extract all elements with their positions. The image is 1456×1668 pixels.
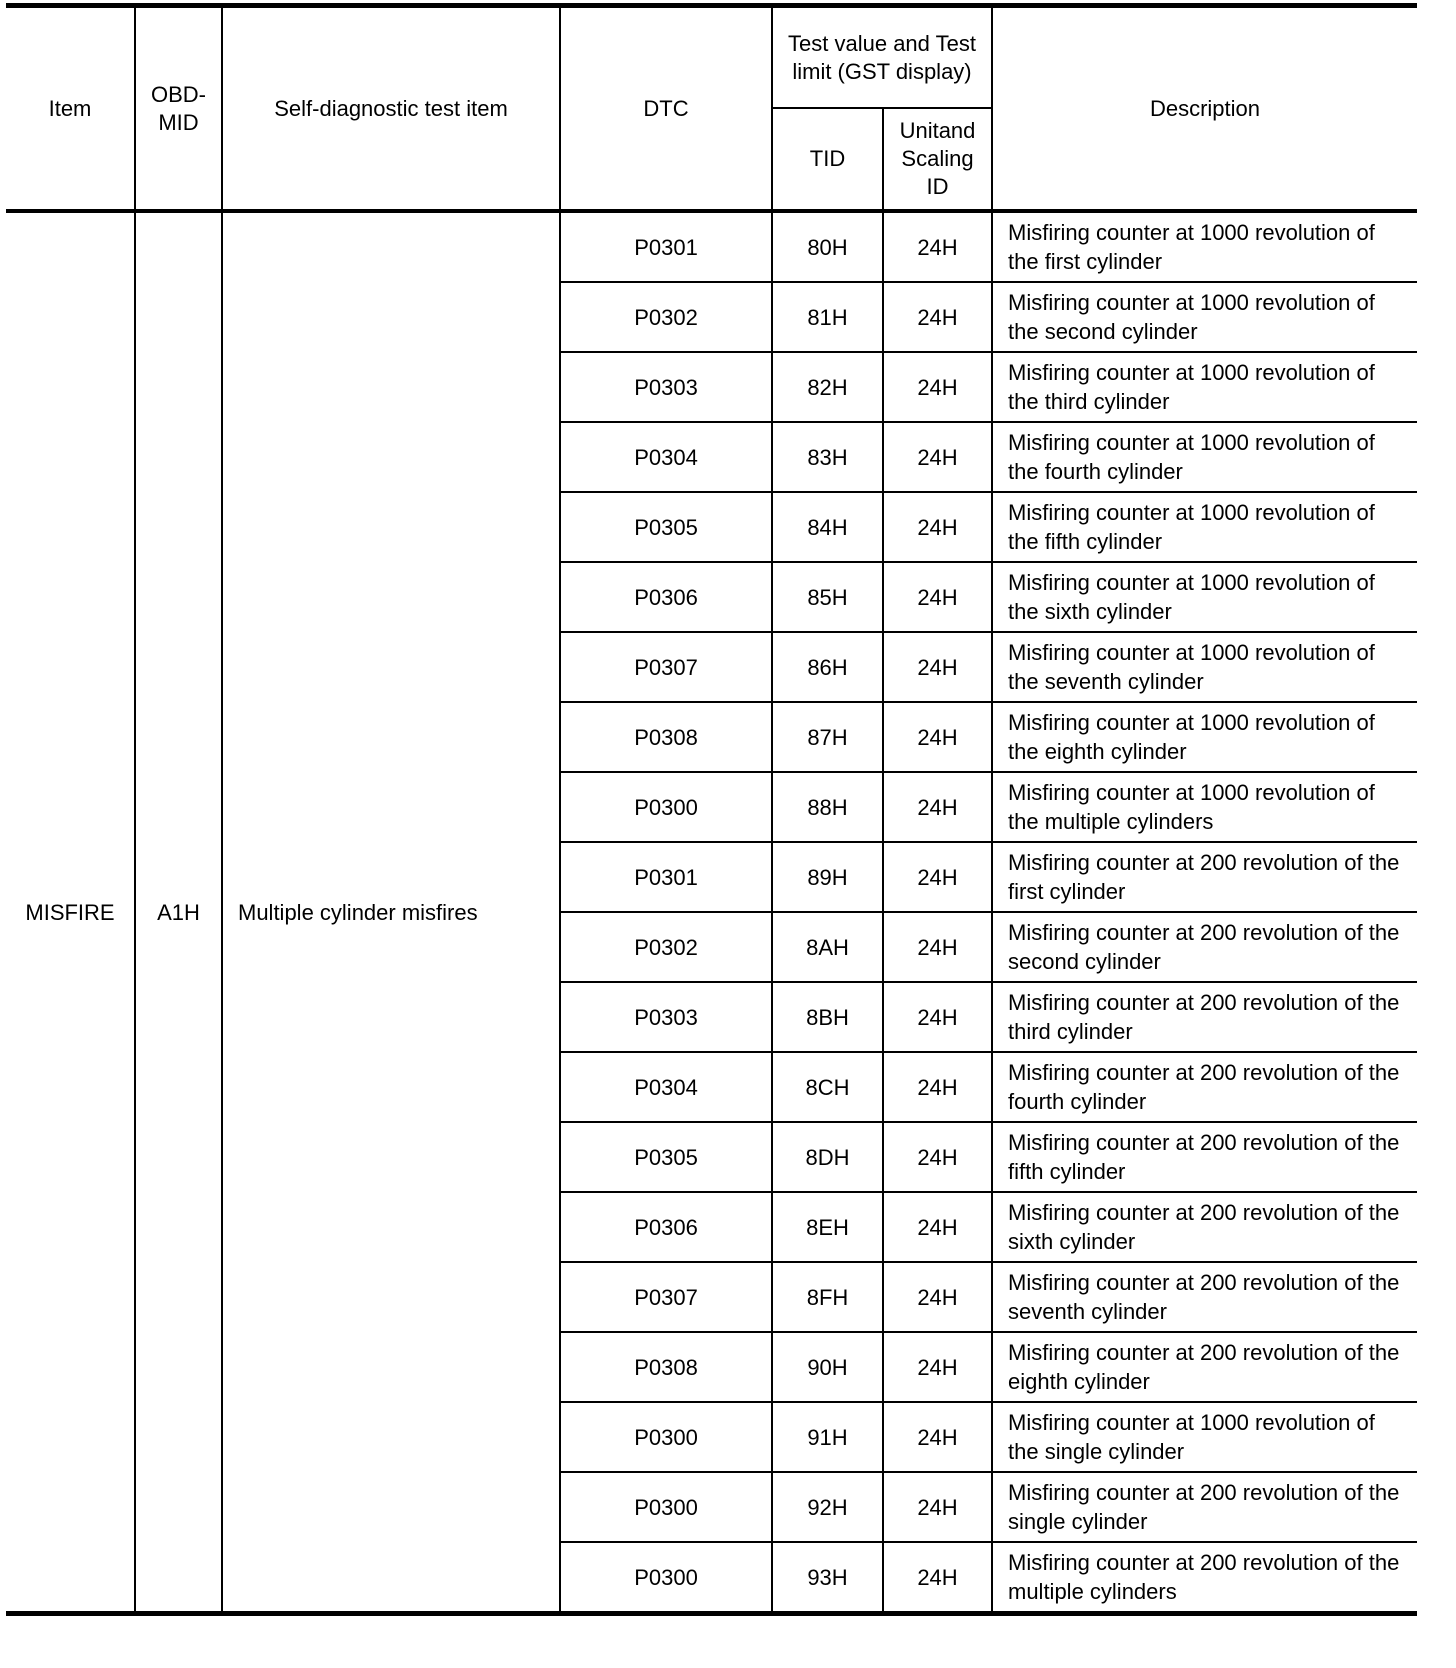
description-cell: Misfiring counter at 1000 revolution of … [992, 352, 1417, 422]
tid-cell: 89H [772, 842, 883, 912]
unit-scaling-cell: 24H [883, 352, 992, 422]
unit-scaling-cell: 24H [883, 982, 992, 1052]
item-cell: MISFIRE [6, 211, 135, 1614]
header-self-diagnostic-test-item: Self-diagnostic test item [222, 6, 560, 212]
dtc-cell: P0308 [560, 702, 772, 772]
description-cell: Misfiring counter at 1000 revolution of … [992, 702, 1417, 772]
unit-scaling-cell: 24H [883, 912, 992, 982]
header-description: Description [992, 6, 1417, 212]
self-diagnostic-test-item-cell: Multiple cylinder misfires [222, 211, 560, 1614]
description-cell: Misfiring counter at 1000 revolution of … [992, 211, 1417, 282]
description-cell: Misfiring counter at 1000 revolution of … [992, 772, 1417, 842]
dtc-cell: P0307 [560, 1262, 772, 1332]
unit-scaling-cell: 24H [883, 1052, 992, 1122]
unit-scaling-cell: 24H [883, 422, 992, 492]
dtc-cell: P0303 [560, 352, 772, 422]
description-cell: Misfiring counter at 200 revolution of t… [992, 842, 1417, 912]
dtc-cell: P0300 [560, 772, 772, 842]
dtc-cell: P0301 [560, 842, 772, 912]
description-cell: Misfiring counter at 200 revolution of t… [992, 1122, 1417, 1192]
tid-cell: 8EH [772, 1192, 883, 1262]
header-item: Item [6, 6, 135, 212]
dtc-cell: P0302 [560, 912, 772, 982]
description-cell: Misfiring counter at 1000 revolution of … [992, 632, 1417, 702]
tid-cell: 8BH [772, 982, 883, 1052]
tid-cell: 87H [772, 702, 883, 772]
obd-mid-cell: A1H [135, 211, 222, 1614]
obd-misfire-test-table: Item OBD-MID Self-diagnostic test item D… [6, 3, 1417, 1616]
description-cell: Misfiring counter at 1000 revolution of … [992, 1402, 1417, 1472]
dtc-cell: P0302 [560, 282, 772, 352]
dtc-cell: P0307 [560, 632, 772, 702]
header-obd-mid: OBD-MID [135, 6, 222, 212]
description-cell: Misfiring counter at 200 revolution of t… [992, 1472, 1417, 1542]
unit-scaling-cell: 24H [883, 282, 992, 352]
tid-cell: 91H [772, 1402, 883, 1472]
unit-scaling-cell: 24H [883, 1262, 992, 1332]
unit-scaling-cell: 24H [883, 1192, 992, 1262]
description-cell: Misfiring counter at 1000 revolution of … [992, 492, 1417, 562]
tid-cell: 8CH [772, 1052, 883, 1122]
description-cell: Misfiring counter at 200 revolution of t… [992, 1262, 1417, 1332]
unit-scaling-cell: 24H [883, 1472, 992, 1542]
table-row: MISFIREA1H Multiple cylinder misfiresP03… [6, 211, 1417, 282]
tid-cell: 92H [772, 1472, 883, 1542]
description-cell: Misfiring counter at 200 revolution of t… [992, 982, 1417, 1052]
description-cell: Misfiring counter at 200 revolution of t… [992, 912, 1417, 982]
table-body: MISFIREA1H Multiple cylinder misfiresP03… [6, 211, 1417, 1614]
tid-cell: 86H [772, 632, 883, 702]
tid-cell: 81H [772, 282, 883, 352]
unit-scaling-cell: 24H [883, 1332, 992, 1402]
description-cell: Misfiring counter at 1000 revolution of … [992, 282, 1417, 352]
tid-cell: 8DH [772, 1122, 883, 1192]
unit-scaling-cell: 24H [883, 1542, 992, 1614]
dtc-cell: P0306 [560, 1192, 772, 1262]
tid-cell: 90H [772, 1332, 883, 1402]
tid-cell: 93H [772, 1542, 883, 1614]
dtc-cell: P0304 [560, 1052, 772, 1122]
dtc-cell: P0308 [560, 1332, 772, 1402]
unit-scaling-cell: 24H [883, 1122, 992, 1192]
unit-scaling-cell: 24H [883, 1402, 992, 1472]
unit-scaling-cell: 24H [883, 702, 992, 772]
tid-cell: 80H [772, 211, 883, 282]
dtc-cell: P0305 [560, 492, 772, 562]
unit-scaling-cell: 24H [883, 562, 992, 632]
description-cell: Misfiring counter at 1000 revolution of … [992, 422, 1417, 492]
tid-cell: 84H [772, 492, 883, 562]
description-cell: Misfiring counter at 200 revolution of t… [992, 1192, 1417, 1262]
description-cell: Misfiring counter at 200 revolution of t… [992, 1052, 1417, 1122]
dtc-cell: P0306 [560, 562, 772, 632]
dtc-cell: P0300 [560, 1402, 772, 1472]
unit-scaling-cell: 24H [883, 211, 992, 282]
dtc-cell: P0300 [560, 1542, 772, 1614]
description-cell: Misfiring counter at 1000 revolution of … [992, 562, 1417, 632]
dtc-cell: P0303 [560, 982, 772, 1052]
tid-cell: 82H [772, 352, 883, 422]
unit-scaling-cell: 24H [883, 772, 992, 842]
unit-scaling-cell: 24H [883, 492, 992, 562]
description-cell: Misfiring counter at 200 revolution of t… [992, 1542, 1417, 1614]
description-cell: Misfiring counter at 200 revolution of t… [992, 1332, 1417, 1402]
dtc-cell: P0304 [560, 422, 772, 492]
dtc-cell: P0305 [560, 1122, 772, 1192]
dtc-cell: P0300 [560, 1472, 772, 1542]
header-unit-scaling-id: Unitand Scaling ID [883, 108, 992, 211]
table-header: Item OBD-MID Self-diagnostic test item D… [6, 6, 1417, 212]
tid-cell: 8AH [772, 912, 883, 982]
unit-scaling-cell: 24H [883, 842, 992, 912]
tid-cell: 8FH [772, 1262, 883, 1332]
header-tid: TID [772, 108, 883, 211]
unit-scaling-cell: 24H [883, 632, 992, 702]
tid-cell: 85H [772, 562, 883, 632]
header-test-value-group: Test value and Test limit (GST display) [772, 6, 992, 109]
tid-cell: 88H [772, 772, 883, 842]
dtc-cell: P0301 [560, 211, 772, 282]
tid-cell: 83H [772, 422, 883, 492]
header-dtc: DTC [560, 6, 772, 212]
